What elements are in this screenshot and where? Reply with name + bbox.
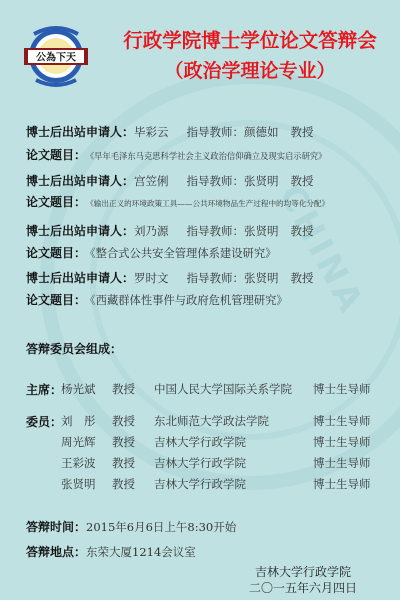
thesis-title: 《输出正义的环境政策工具——公共环境物品生产过程中的均等化分配》 bbox=[90, 199, 329, 208]
member-1-org: 东北师范大学政法学院 bbox=[154, 413, 269, 429]
thesis-label: 论文题目： bbox=[26, 246, 86, 260]
defense-time: 2015年6月6日上午8:30开始 bbox=[86, 520, 236, 534]
applicant-label: 博士后出站申请人： bbox=[26, 271, 134, 285]
member-2-org: 吉林大学行政学院 bbox=[154, 434, 246, 450]
advisor-title: 教授 bbox=[291, 125, 314, 139]
member-4-title: 教授 bbox=[112, 476, 135, 492]
applicant-label: 博士后出站申请人： bbox=[26, 224, 134, 238]
committee-heading-text: 答辩委员会组成： bbox=[26, 342, 122, 356]
advisor-name: 张贤明 bbox=[244, 271, 279, 285]
applicant-name: 罗时文 bbox=[134, 271, 169, 285]
applicant-label: 博士后出站申请人： bbox=[26, 174, 134, 188]
candidate-2-applicant-row: 博士后出站申请人：宫笠俐指导教师：张贤明教授 bbox=[26, 172, 314, 189]
member-2-role: 博士生导师 bbox=[313, 434, 371, 450]
member-3-role: 博士生导师 bbox=[313, 455, 371, 471]
chair-title: 教授 bbox=[112, 381, 135, 397]
signature-org: 吉林大学行政学院 bbox=[243, 563, 363, 580]
candidate-3-applicant-row: 博士后出站申请人：刘乃源指导教师：张贤明教授 bbox=[26, 222, 314, 239]
member-3-title: 教授 bbox=[112, 455, 135, 471]
advisor-name: 颜德如 bbox=[244, 125, 279, 139]
committee-chair-row: 主席： bbox=[26, 381, 62, 398]
thesis-title: 《早年毛泽东马克思科学社会主义政治信仰确立及现实启示研究》 bbox=[90, 151, 326, 161]
member-1-title: 教授 bbox=[112, 413, 135, 429]
school-emblem-icon: 公為下天 bbox=[20, 24, 92, 88]
candidate-4-thesis-row: 论文题目：《西藏群体性事件与政府危机管理研究》 bbox=[26, 291, 288, 308]
chair-role: 博士生导师 bbox=[313, 381, 371, 397]
title-line-1: 行政学院博士学位论文答辩会 bbox=[100, 26, 400, 56]
chair-org: 中国人民大学国际关系学院 bbox=[154, 381, 292, 397]
thesis-title: 《整合式公共安全管理体系建设研究》 bbox=[90, 247, 276, 260]
committee-members-label-row: 委员： bbox=[26, 413, 62, 430]
advisor-name: 张贤明 bbox=[244, 224, 279, 238]
page-title: 行政学院博士学位论文答辩会 （政治学理论专业） bbox=[100, 26, 400, 86]
candidate-2-thesis-row: 论文题目：《输出正义的环境政策工具——公共环境物品生产过程中的均等化分配》 bbox=[26, 193, 329, 210]
advisor-label: 指导教师： bbox=[187, 271, 245, 285]
committee-heading: 答辩委员会组成： bbox=[26, 340, 122, 357]
advisor-label: 指导教师： bbox=[187, 224, 245, 238]
member-2-title: 教授 bbox=[112, 434, 135, 450]
advisor-label: 指导教师： bbox=[187, 125, 245, 139]
member-1-name: 刘 彤 bbox=[61, 413, 96, 429]
member-3-org: 吉林大学行政学院 bbox=[154, 455, 246, 471]
candidate-1-thesis-row: 论文题目：《早年毛泽东马克思科学社会主义政治信仰确立及现实启示研究》 bbox=[26, 146, 326, 163]
defense-place: 东荣大厦1214会议室 bbox=[86, 545, 196, 559]
thesis-label: 论文题目： bbox=[26, 293, 86, 307]
advisor-label: 指导教师： bbox=[187, 174, 245, 188]
applicant-name: 宫笠俐 bbox=[134, 174, 169, 188]
applicant-name: 刘乃源 bbox=[134, 224, 169, 238]
applicant-label: 博士后出站申请人： bbox=[26, 125, 134, 139]
member-4-name: 张贤明 bbox=[61, 476, 96, 492]
logo-motto: 公為下天 bbox=[36, 51, 76, 64]
thesis-title: 《西藏群体性事件与政府危机管理研究》 bbox=[90, 294, 288, 307]
defense-place-row: 答辩地点：东荣大厦1214会议室 bbox=[26, 543, 196, 560]
place-label: 答辩地点： bbox=[26, 545, 86, 559]
thesis-label: 论文题目： bbox=[26, 195, 86, 209]
member-2-name: 周光辉 bbox=[61, 434, 96, 450]
signature-date: 二〇一五年六月四日 bbox=[243, 579, 363, 596]
member-1-role: 博士生导师 bbox=[313, 413, 371, 429]
thesis-label: 论文题目： bbox=[26, 148, 86, 162]
members-label: 委员： bbox=[26, 415, 62, 429]
advisor-title: 教授 bbox=[291, 224, 314, 238]
candidate-3-thesis-row: 论文题目：《整合式公共安全管理体系建设研究》 bbox=[26, 244, 276, 261]
defense-time-row: 答辩时间：2015年6月6日上午8:30开始 bbox=[26, 518, 236, 535]
applicant-name: 毕彩云 bbox=[134, 125, 169, 139]
advisor-name: 张贤明 bbox=[244, 174, 279, 188]
candidate-4-applicant-row: 博士后出站申请人：罗时文指导教师：张贤明教授 bbox=[26, 269, 314, 286]
time-label: 答辩时间： bbox=[26, 520, 86, 534]
member-3-name: 王彩波 bbox=[61, 455, 96, 471]
advisor-title: 教授 bbox=[291, 174, 314, 188]
candidate-1-applicant-row: 博士后出站申请人：毕彩云指导教师：颜德如教授 bbox=[26, 123, 314, 140]
chair-label: 主席： bbox=[26, 383, 62, 397]
chair-name: 杨光斌 bbox=[61, 381, 96, 397]
member-4-role: 博士生导师 bbox=[313, 476, 371, 492]
title-line-2: （政治学理论专业） bbox=[100, 56, 400, 86]
member-4-org: 吉林大学行政学院 bbox=[154, 476, 246, 492]
advisor-title: 教授 bbox=[291, 271, 314, 285]
